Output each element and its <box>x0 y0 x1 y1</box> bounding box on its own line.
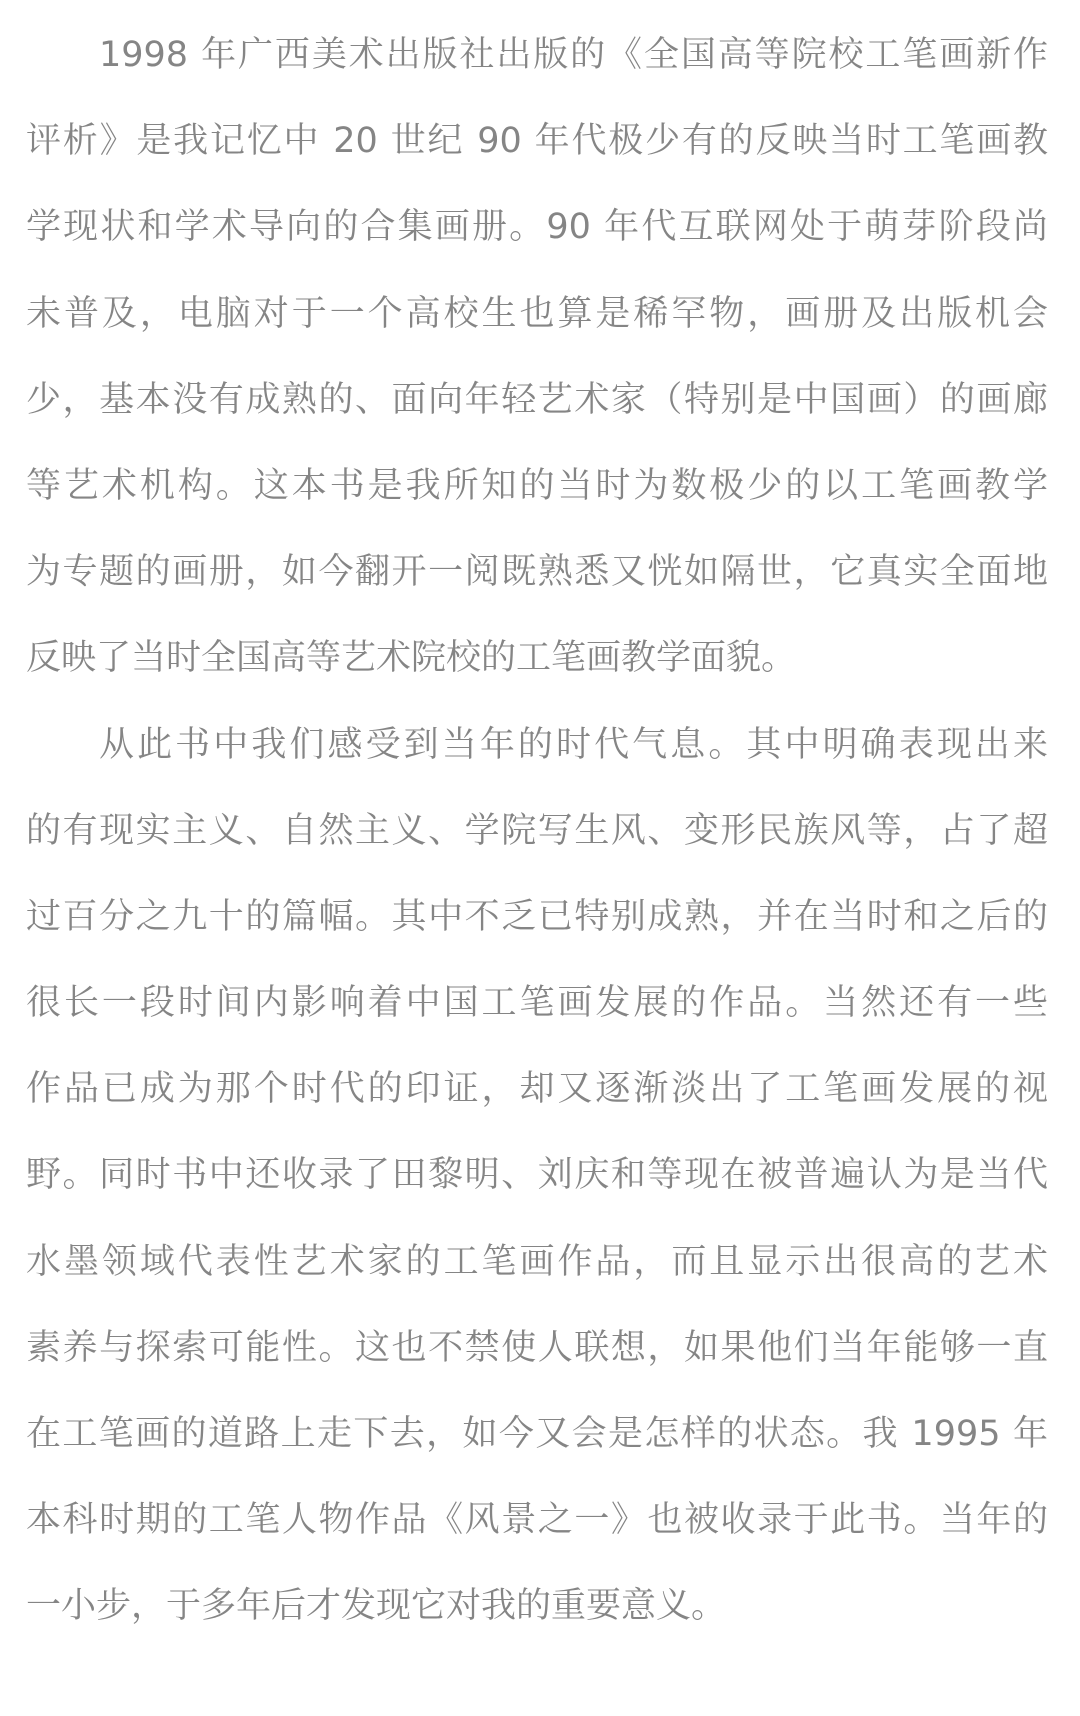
text-line: 野。同时书中还收录了田黎明、刘庆和等现在被普遍认为是当代 <box>26 1132 1048 1218</box>
text-line: 等艺术机构。这本书是我所知的当时为数极少的以工笔画教学 <box>26 443 1048 529</box>
text-line: 评析》是我记忆中 20 世纪 90 年代极少有的反映当时工笔画教 <box>26 98 1048 184</box>
text-line: 本科时期的工笔人物作品《风景之一》也被收录于此书。当年的 <box>26 1477 1048 1563</box>
text-line: 作品已成为那个时代的印证，却又逐渐淡出了工笔画发展的视 <box>26 1046 1048 1132</box>
text-line: 素养与探索可能性。这也不禁使人联想，如果他们当年能够一直 <box>26 1305 1048 1391</box>
text-line: 1998 年广西美术出版社出版的《全国高等院校工笔画新作 <box>26 12 1048 98</box>
text-line: 反映了当时全国高等艺术院校的工笔画教学面貌。 <box>26 615 1048 701</box>
text-line: 很长一段时间内影响着中国工笔画发展的作品。当然还有一些 <box>26 960 1048 1046</box>
text-line: 水墨领域代表性艺术家的工笔画作品，而且显示出很高的艺术 <box>26 1219 1048 1305</box>
paragraph-1: 1998 年广西美术出版社出版的《全国高等院校工笔画新作 评析》是我记忆中 20… <box>26 12 1048 702</box>
text-line: 为专题的画册，如今翻开一阅既熟悉又恍如隔世，它真实全面地 <box>26 529 1048 615</box>
text-line: 少，基本没有成熟的、面向年轻艺术家（特别是中国画）的画廊 <box>26 357 1048 443</box>
text-line: 一小步，于多年后才发现它对我的重要意义。 <box>26 1563 1048 1649</box>
text-line: 在工笔画的道路上走下去，如今又会是怎样的状态。我 1995 年 <box>26 1391 1048 1477</box>
text-line: 的有现实主义、自然主义、学院写生风、变形民族风等，占了超 <box>26 788 1048 874</box>
paragraph-2: 从此书中我们感受到当年的时代气息。其中明确表现出来 的有现实主义、自然主义、学院… <box>26 702 1048 1650</box>
text-line: 未普及，电脑对于一个高校生也算是稀罕物，画册及出版机会 <box>26 271 1048 357</box>
article-body: 1998 年广西美术出版社出版的《全国高等院校工笔画新作 评析》是我记忆中 20… <box>26 12 1048 1650</box>
text-line: 过百分之九十的篇幅。其中不乏已特别成熟，并在当时和之后的 <box>26 874 1048 960</box>
text-line: 学现状和学术导向的合集画册。90 年代互联网处于萌芽阶段尚 <box>26 184 1048 270</box>
text-line: 从此书中我们感受到当年的时代气息。其中明确表现出来 <box>26 702 1048 788</box>
